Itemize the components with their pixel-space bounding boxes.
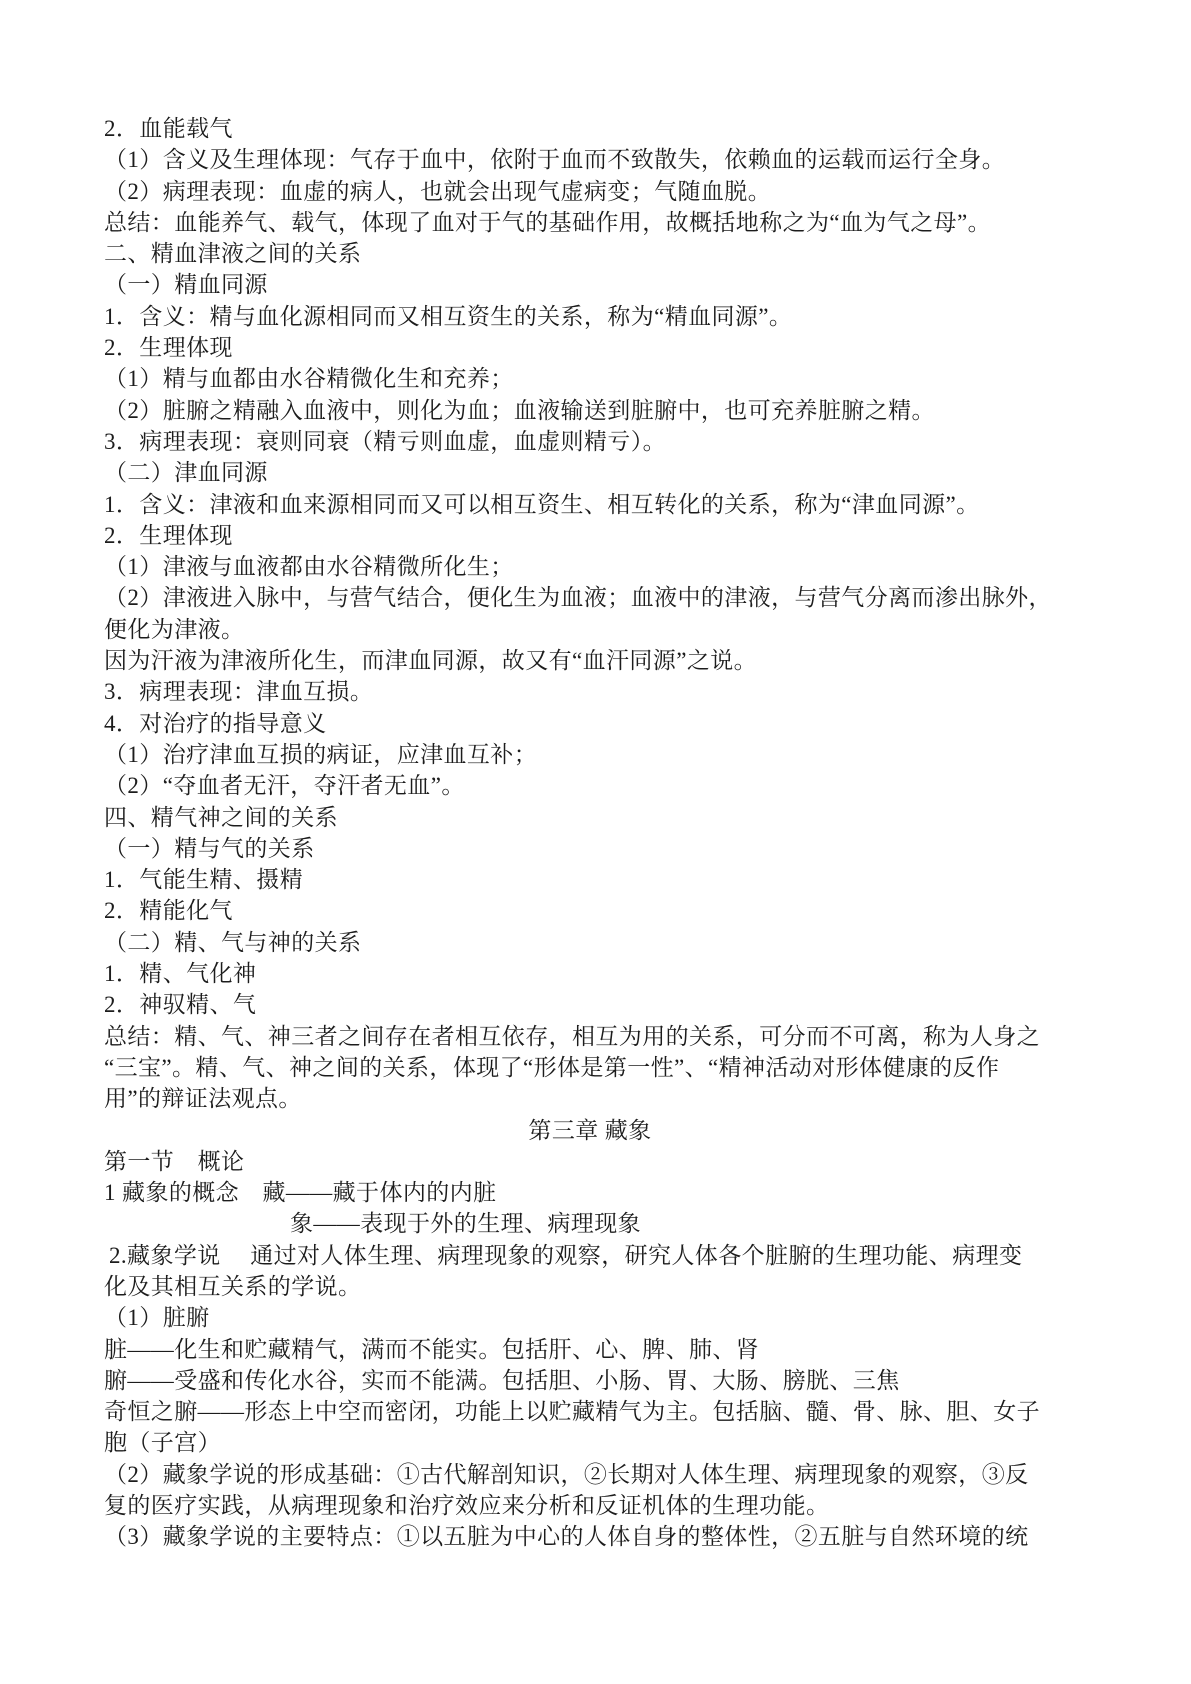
text-line: （一）精与气的关系 [104,833,1106,864]
text-line: （2）病理表现：血虚的病人，也就会出现气虚病变；气随血脱。 [104,176,1106,207]
text-line: 第一节 概论 [104,1146,1106,1177]
text-line: 3．病理表现：津血互损。 [104,676,1106,707]
text-line: 化及其相互关系的学说。 [104,1271,1106,1302]
text-line: 2．生理体现 [104,332,1106,363]
text-line: （1）精与血都由水谷精微化生和充养； [104,363,1106,394]
document-page: 2．血能载气（1）含义及生理体现：气存于血中，依附于血而不致散失，依赖血的运载而… [0,0,1191,1684]
text-line: （3）藏象学说的主要特点：①以五脏为中心的人体自身的整体性，②五脏与自然环境的统 [104,1521,1106,1552]
text-line: 2．血能载气 [104,113,1106,144]
text-line: （一）精血同源 [104,269,1106,300]
text-line: 1．精、气化神 [104,958,1106,989]
text-line: （二）精、气与神的关系 [104,927,1106,958]
text-line: 1．气能生精、摄精 [104,864,1106,895]
text-line: 二、精血津液之间的关系 [104,238,1106,269]
text-line: 四、精气神之间的关系 [104,802,1106,833]
text-line: 1．含义：津液和血来源相同而又可以相互资生、相互转化的关系，称为“津血同源”。 [104,489,1106,520]
text-line: （1）脏腑 [104,1302,1106,1333]
text-line: （1）治疗津血互损的病证，应津血互补； [104,739,1106,770]
text-line: 1 藏象的概念 藏——藏于体内的内脏 [104,1177,1106,1208]
text-line: 复的医疗实践，从病理现象和治疗效应来分析和反证机体的生理功能。 [104,1490,1106,1521]
text-line: 4．对治疗的指导意义 [104,708,1106,739]
text-line: 象——表现于外的生理、病理现象 [104,1208,1106,1239]
text-line: 总结：血能养气、载气，体现了血对于气的基础作用，故概括地称之为“血为气之母”。 [104,207,1106,238]
text-line: 2．神驭精、气 [104,989,1106,1020]
text-line: 1．含义：精与血化源相同而又相互资生的关系，称为“精血同源”。 [104,301,1106,332]
text-content: 2．血能载气（1）含义及生理体现：气存于血中，依附于血而不致散失，依赖血的运载而… [104,113,1106,1553]
text-line: （1）含义及生理体现：气存于血中，依附于血而不致散失，依赖血的运载而运行全身。 [104,144,1106,175]
text-line: 奇恒之腑——形态上中空而密闭，功能上以贮藏精气为主。包括脑、髓、骨、脉、胆、女子 [104,1396,1106,1427]
text-line: 总结：精、气、神三者之间存在者相互依存，相互为用的关系，可分而不可离，称为人身之 [104,1021,1106,1052]
text-line: 脏——化生和贮藏精气，满而不能实。包括肝、心、脾、肺、肾 [104,1334,1106,1365]
text-line: 便化为津液。 [104,614,1106,645]
text-line: “三宝”。精、气、神之间的关系，体现了“形体是第一性”、“精神活动对形体健康的反… [104,1052,1106,1083]
text-line: 胞（子宫） [104,1427,1106,1458]
text-line: 2.藏象学说 通过对人体生理、病理现象的观察，研究人体各个脏腑的生理功能、病理变 [104,1240,1106,1271]
text-line: 腑——受盛和传化水谷，实而不能满。包括胆、小肠、胃、大肠、膀胱、三焦 [104,1365,1106,1396]
text-line: （2）“夺血者无汗，夺汗者无血”。 [104,770,1106,801]
text-line: （2）藏象学说的形成基础：①古代解剖知识，②长期对人体生理、病理现象的观察，③反 [104,1459,1106,1490]
text-line: 2．生理体现 [104,520,1106,551]
text-line: （二）津血同源 [104,457,1106,488]
text-line: 3．病理表现：衰则同衰（精亏则血虚，血虚则精亏）。 [104,426,1106,457]
text-line: （2）脏腑之精融入血液中，则化为血；血液输送到脏腑中，也可充养脏腑之精。 [104,395,1106,426]
text-line: 2．精能化气 [104,895,1106,926]
text-line: （2）津液进入脉中，与营气结合，便化生为血液；血液中的津液，与营气分离而渗出脉外… [104,582,1106,613]
text-line: 用”的辩证法观点。 [104,1083,1106,1114]
text-line: 因为汗液为津液所化生，而津血同源，故又有“血汗同源”之说。 [104,645,1106,676]
chapter-heading: 第三章 藏象 [104,1115,1106,1146]
text-line: （1）津液与血液都由水谷精微所化生； [104,551,1106,582]
